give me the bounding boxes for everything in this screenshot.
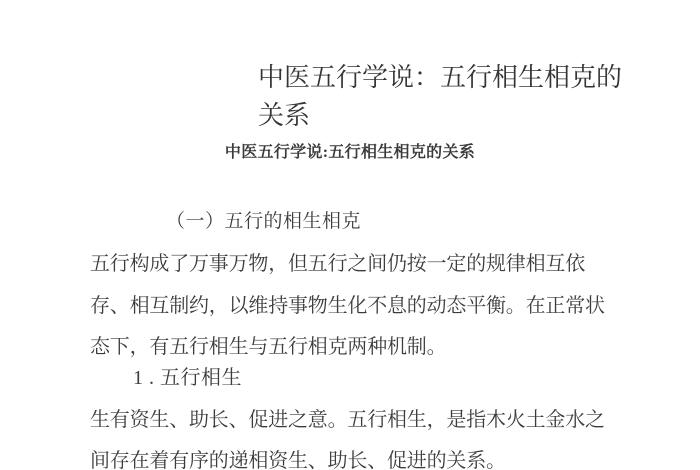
paragraph-line: 五行构成了万事万物，但五行之间仍按一定的规律相互依 xyxy=(90,247,585,276)
paragraph-line: 生有资生、助长、促进之意。五行相生，是指木火土金水之 xyxy=(90,403,605,432)
document-title-line-1: 中医五行学说：五行相生相克的 xyxy=(258,62,622,94)
paragraph-line: 间存在着有序的递相资生、助长、促进的关系。 xyxy=(90,444,506,470)
document-page: 中医五行学说：五行相生相克的 关系 中医五行学说:五行相生相克的关系 （一）五行… xyxy=(0,0,700,470)
paragraph-line: 态下，有五行相生与五行相克两种机制。 xyxy=(90,330,446,359)
document-subtitle: 中医五行学说:五行相生相克的关系 xyxy=(0,139,700,162)
subsection-heading: 1 . 五行相生 xyxy=(133,361,242,390)
document-title-line-2: 关系 xyxy=(258,100,310,132)
section-heading: （一）五行的相生相克 xyxy=(166,206,361,233)
paragraph-line: 存、相互制约，以维持事物生化不息的动态平衡。在正常状 xyxy=(90,289,605,318)
